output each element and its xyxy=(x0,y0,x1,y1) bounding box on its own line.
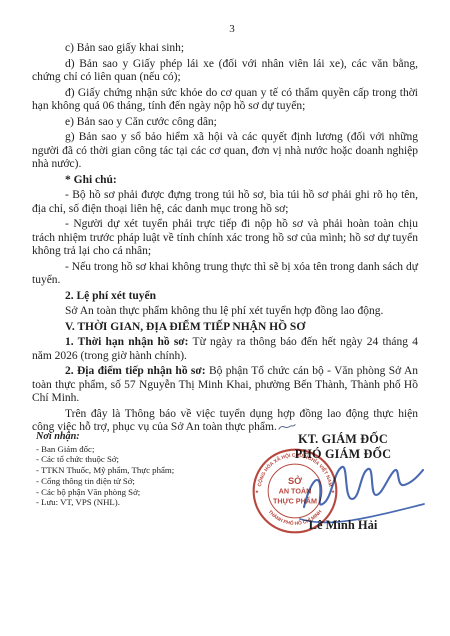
paragraph: - Nếu trong hồ sơ khai không trung thực … xyxy=(32,261,418,288)
paragraph: 1. Thời hạn nhận hồ sơ: Từ ngày ra thông… xyxy=(32,336,418,363)
recipient-item: - Các tổ chức thuộc Sở; xyxy=(36,454,174,465)
recipients-title: Nơi nhận: xyxy=(36,432,174,443)
note-heading: * Ghi chú: xyxy=(32,174,418,188)
signer-name: Lê Minh Hải xyxy=(249,518,437,533)
paragraph: 2. Địa điểm tiếp nhận hồ sơ: Bộ phận Tổ … xyxy=(32,365,418,406)
paragraph: - Người dự xét tuyển phải trực tiếp đi n… xyxy=(32,218,418,259)
section-heading: V. THỜI GIAN, ĐỊA ĐIỂM TIẾP NHẬN HỒ SƠ xyxy=(32,321,418,335)
recipient-item: - TTKN Thuốc, Mỹ phẩm, Thực phẩm; xyxy=(36,465,174,476)
paragraph: c) Bản sao giấy khai sinh; xyxy=(32,42,418,56)
page-number: 3 xyxy=(0,23,450,35)
recipients-block: Nơi nhận: - Ban Giám đốc; - Các tổ chức … xyxy=(36,432,174,508)
paragraph: Sở An toàn thực phẩm không thu lệ phí xé… xyxy=(32,305,418,319)
paragraph: g) Bản sao y sổ bảo hiểm xã hội và các q… xyxy=(32,131,418,172)
paragraph: đ) Giấy chứng nhận sức khỏe do cơ quan y… xyxy=(32,87,418,114)
paragraph: e) Bản sao y Căn cước công dân; xyxy=(32,116,418,130)
document-body: c) Bản sao giấy khai sinh; d) Bản sao y … xyxy=(32,40,418,437)
closing-paragraph: Trên đây là Thông báo về việc tuyển dụng… xyxy=(32,408,418,435)
section-heading: 2. Lệ phí xét tuyển xyxy=(32,290,418,304)
signature-block: KT. GIÁM ĐỐC PHÓ GIÁM ĐỐC CỘNG HÒA XÃ HỘ… xyxy=(249,432,437,546)
document-page: 3 c) Bản sao giấy khai sinh; d) Bản sao … xyxy=(0,0,450,636)
recipient-item: - Các bộ phận Văn phòng Sở; xyxy=(36,487,174,498)
paraph-mark xyxy=(278,422,296,431)
signer-position-line1: KT. GIÁM ĐỐC xyxy=(249,432,437,447)
document-footer: Nơi nhận: - Ban Giám đốc; - Các tổ chức … xyxy=(36,432,437,546)
paragraph: d) Bản sao y Giấy phép lái xe (đối với n… xyxy=(32,58,418,85)
recipient-item: - Ban Giám đốc; xyxy=(36,444,174,455)
recipient-item: - Lưu: VT, VPS (NHL). xyxy=(36,497,174,508)
stamp-star-left: ★ xyxy=(255,489,259,494)
recipient-item: - Cổng thông tin điện tử Sở; xyxy=(36,476,174,487)
paragraph: - Bộ hồ sơ phải được đựng trong túi hồ s… xyxy=(32,189,418,216)
